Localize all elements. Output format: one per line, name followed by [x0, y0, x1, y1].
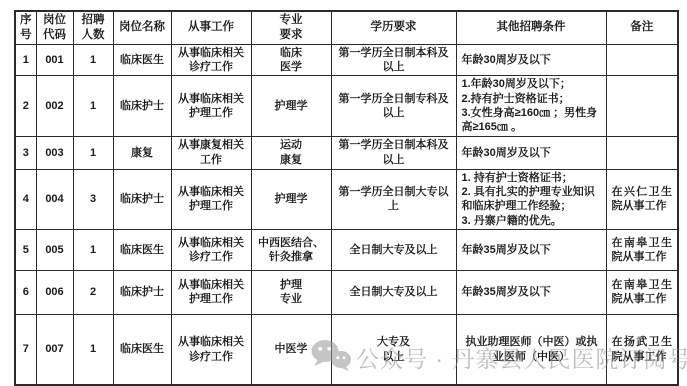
table-row: 60062临床护士从事临床相关 护理工作护理 专业全日制大专及以上年龄35周岁及…: [15, 270, 678, 314]
cell-education: 第一学历全日制本科及以上: [331, 136, 456, 169]
cell-remarks: 在南皋卫生院从事工作: [606, 229, 678, 270]
table-row: 30031康复从事康复相关 工作运动 康复第一学历全日制本科及以上年龄30周岁及…: [15, 136, 678, 169]
cell-job-title: 临床医生: [113, 44, 171, 76]
cell-seq: 4: [15, 169, 36, 229]
header-education: 学历要求: [331, 11, 456, 44]
cell-remarks: 在兴仁卫生院从事工作: [606, 169, 678, 229]
cell-job-title: 临床护士: [113, 270, 171, 314]
header-remarks: 备注: [606, 11, 678, 44]
cell-job-title: 临床医生: [113, 229, 171, 270]
cell-major: 中西医结合、 针灸推拿: [251, 229, 331, 270]
cell-job-duty: 从事康复相关 工作: [171, 136, 251, 169]
cell-seq: 5: [15, 229, 36, 270]
cell-job-code: 002: [36, 76, 73, 136]
cell-education: 大专及 以上: [331, 314, 456, 385]
cell-remarks: 在扬武卫生院从事工作: [606, 314, 678, 385]
cell-headcount: 1: [73, 136, 113, 169]
header-seq: 序 号: [15, 11, 36, 44]
cell-seq: 2: [15, 76, 36, 136]
cell-headcount: 3: [73, 169, 113, 229]
cell-job-duty: 从事临床相关 诊疗工作: [171, 44, 251, 76]
cell-remarks: [606, 44, 678, 76]
cell-job-code: 003: [36, 136, 73, 169]
page: 序 号 岗位 代码 招聘 人数 岗位名称 从事工作 专业 要求 学历要求 其他招…: [0, 0, 687, 386]
header-major: 专业 要求: [251, 11, 331, 44]
cell-other-requirements: 年龄35周岁及以下: [456, 270, 606, 314]
table-header-row: 序 号 岗位 代码 招聘 人数 岗位名称 从事工作 专业 要求 学历要求 其他招…: [15, 11, 678, 44]
cell-other-requirements: 年龄30周岁及以下: [456, 136, 606, 169]
cell-seq: 3: [15, 136, 36, 169]
cell-education: 全日制大专及以上: [331, 270, 456, 314]
cell-job-title: 临床护士: [113, 169, 171, 229]
header-other-requirements: 其他招聘条件: [456, 11, 606, 44]
cell-other-requirements: 1. 持有护士资格证书； 2. 具有扎实的护理专业知识和临床护理工作经验； 3.…: [456, 169, 606, 229]
cell-education: 第一学历全日制本科及以上: [331, 44, 456, 76]
cell-job-code: 004: [36, 169, 73, 229]
cell-job-code: 006: [36, 270, 73, 314]
cell-job-duty: 从事临床相关 护理工作: [171, 270, 251, 314]
cell-job-duty: 从事临床相关 护理工作: [171, 76, 251, 136]
cell-seq: 1: [15, 44, 36, 76]
header-job-duty: 从事工作: [171, 11, 251, 44]
cell-job-code: 007: [36, 314, 73, 385]
cell-seq: 7: [15, 314, 36, 385]
cell-headcount: 1: [73, 314, 113, 385]
cell-headcount: 1: [73, 76, 113, 136]
cell-major: 中医学: [251, 314, 331, 385]
cell-major: 护理 专业: [251, 270, 331, 314]
table-row: 70071临床医生从事临床相关 诊疗工作中医学大专及 以上执业助理医师（中医）或…: [15, 314, 678, 385]
table-row: 10011临床医生从事临床相关 诊疗工作临床 医学第一学历全日制本科及以上年龄3…: [15, 44, 678, 76]
table-row: 20021临床护士从事临床相关 护理工作护理学第一学历全日制专科及以上1.年龄3…: [15, 76, 678, 136]
cell-remarks: [606, 136, 678, 169]
header-job-code: 岗位 代码: [36, 11, 73, 44]
cell-headcount: 1: [73, 229, 113, 270]
cell-headcount: 1: [73, 44, 113, 76]
cell-headcount: 2: [73, 270, 113, 314]
cell-job-duty: 从事临床相关 诊疗工作: [171, 229, 251, 270]
cell-job-title: 临床护士: [113, 76, 171, 136]
table-row: 50051临床医生从事临床相关 诊疗工作中西医结合、 针灸推拿全日制大专及以上年…: [15, 229, 678, 270]
header-job-title: 岗位名称: [113, 11, 171, 44]
cell-other-requirements: 年龄30周岁及以下: [456, 44, 606, 76]
cell-remarks: 在南皋卫生院从事工作: [606, 270, 678, 314]
cell-major: 护理学: [251, 169, 331, 229]
cell-education: 第一学历全日制专科及以上: [331, 76, 456, 136]
cell-other-requirements: 执业助理医师（中医）或执业医师（中医）: [456, 314, 606, 385]
cell-seq: 6: [15, 270, 36, 314]
cell-job-title: 临床医生: [113, 314, 171, 385]
table-body: 10011临床医生从事临床相关 诊疗工作临床 医学第一学历全日制本科及以上年龄3…: [15, 44, 678, 385]
cell-job-code: 005: [36, 229, 73, 270]
cell-job-duty: 从事临床相关 护理工作: [171, 169, 251, 229]
cell-job-title: 康复: [113, 136, 171, 169]
cell-job-code: 001: [36, 44, 73, 76]
cell-education: 全日制大专及以上: [331, 229, 456, 270]
cell-other-requirements: 1.年龄30周岁及以下； 2.持有护士资格证书； 3.女性身高≥160㎝ ；男性…: [456, 76, 606, 136]
recruitment-table: 序 号 岗位 代码 招聘 人数 岗位名称 从事工作 专业 要求 学历要求 其他招…: [14, 10, 679, 386]
header-headcount: 招聘 人数: [73, 11, 113, 44]
cell-major: 临床 医学: [251, 44, 331, 76]
cell-major: 运动 康复: [251, 136, 331, 169]
cell-remarks: [606, 76, 678, 136]
cell-job-duty: 从事临床相关 诊疗工作: [171, 314, 251, 385]
cell-other-requirements: 年龄35周岁及以下: [456, 229, 606, 270]
cell-major: 护理学: [251, 76, 331, 136]
cell-education: 第一学历全日制大专以上: [331, 169, 456, 229]
table-row: 40043临床护士从事临床相关 护理工作护理学第一学历全日制大专以上1. 持有护…: [15, 169, 678, 229]
